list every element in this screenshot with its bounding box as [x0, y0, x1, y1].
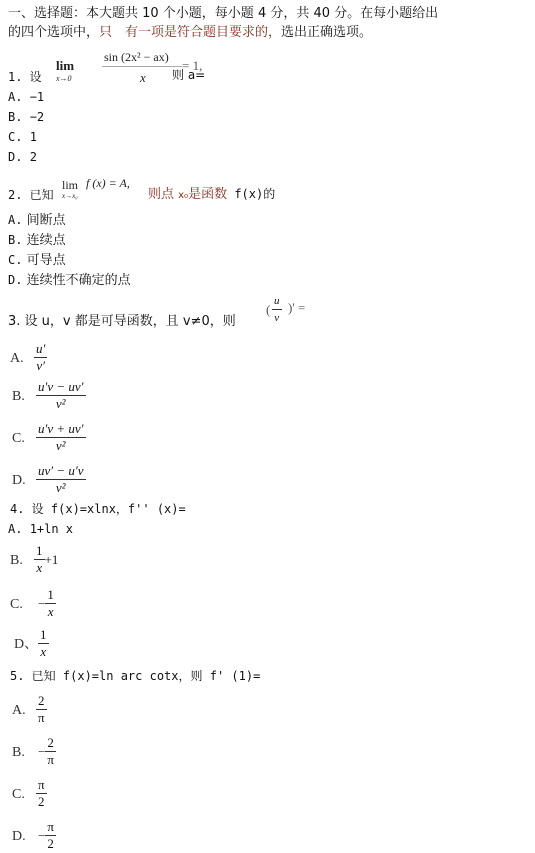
fraction: 1x — [34, 544, 45, 575]
q3-option-a[interactable]: A.u′v′ — [10, 342, 47, 373]
q5-option-b[interactable]: B.−2π — [12, 736, 56, 767]
q5-option-a[interactable]: A.2π — [12, 694, 47, 725]
q4-option-b[interactable]: B.1x+1 — [10, 544, 58, 575]
fraction: u′v − uv′v² — [36, 380, 86, 411]
header-text-highlight: 只 有一项是符合题目要求的， — [99, 25, 281, 40]
fraction: u′v′ — [34, 342, 47, 373]
question-number: 1. 设 — [8, 68, 42, 85]
question-suffix: 则 a= — [172, 67, 205, 83]
fraction: π2 — [36, 778, 47, 809]
formula-rhs: )' = — [288, 300, 305, 316]
q1-option-d[interactable]: D. 2 — [8, 150, 37, 164]
fraction: 2π — [45, 736, 56, 767]
q3-option-c[interactable]: C.u′v + uv′v² — [12, 422, 86, 453]
question-3: 3. 设 u，v 都是可导函数，且 v≠0，则 — [8, 314, 236, 330]
lim-subscript: x→x₀ — [62, 192, 78, 200]
q4-option-d[interactable]: D、1x — [14, 628, 49, 659]
q4-option-a[interactable]: A. 1+ln x — [8, 522, 73, 536]
fraction: uv′ − u′vv² — [36, 464, 86, 495]
q4-option-c[interactable]: C.−1x — [10, 588, 56, 619]
q1-option-a[interactable]: A. −1 — [8, 90, 44, 104]
lim-subscript: x→0 — [56, 74, 72, 83]
header-text: 的四个选项中， — [8, 25, 99, 40]
fraction: 2π — [36, 694, 47, 725]
q2-option-c[interactable]: C. 可导点 — [8, 252, 66, 269]
fraction: uv — [272, 294, 282, 325]
header-text: 选出正确选项。 — [281, 25, 372, 40]
fraction: u′v + uv′v² — [36, 422, 86, 453]
question-5: 5. 已知 f(x)=ln arc cotx，则 f' (1)= — [10, 667, 260, 684]
section-header-line2: 的四个选项中，只 有一项是符合题目要求的，选出正确选项。 — [8, 25, 372, 41]
fraction: 1x — [38, 628, 49, 659]
question-number: 2. 已知 — [8, 186, 54, 203]
question-text: 3. 设 u，v 都是可导函数，且 v≠0，则 — [8, 314, 236, 329]
section-header-line1: 一、选择题：本大题共 10 个小题，每小题 4 分，共 40 分。在每小题给出 — [8, 6, 438, 22]
q2-option-a[interactable]: A. 间断点 — [8, 212, 66, 229]
q1-option-b[interactable]: B. −2 — [8, 110, 44, 124]
question-suffix: 则点 x₀是函数 f(x)的 — [148, 186, 275, 204]
fraction: 1x — [45, 588, 56, 619]
fraction-numerator: sin (2x² − ax) — [104, 50, 169, 65]
q2-option-b[interactable]: B. 连续点 — [8, 232, 66, 249]
question-4: 4. 设 f(x)=xlnx，f'' (x)= — [10, 500, 186, 517]
lim-symbol: lim — [56, 58, 74, 74]
q5-option-d[interactable]: D.−π2 — [12, 820, 56, 851]
fraction-denominator: x — [140, 70, 146, 86]
fraction: π2 — [45, 820, 56, 851]
q2-option-d[interactable]: D. 连续性不确定的点 — [8, 272, 131, 289]
lim-symbol: lim — [62, 178, 78, 193]
formula-expression: f (x) = A, — [86, 176, 130, 191]
q5-option-c[interactable]: C.π2 — [12, 778, 47, 809]
q3-option-b[interactable]: B.u′v − uv′v² — [12, 380, 86, 411]
q1-option-c[interactable]: C. 1 — [8, 130, 37, 144]
fraction-bar — [102, 66, 182, 67]
q3-option-d[interactable]: D.uv′ − u′vv² — [12, 464, 86, 495]
